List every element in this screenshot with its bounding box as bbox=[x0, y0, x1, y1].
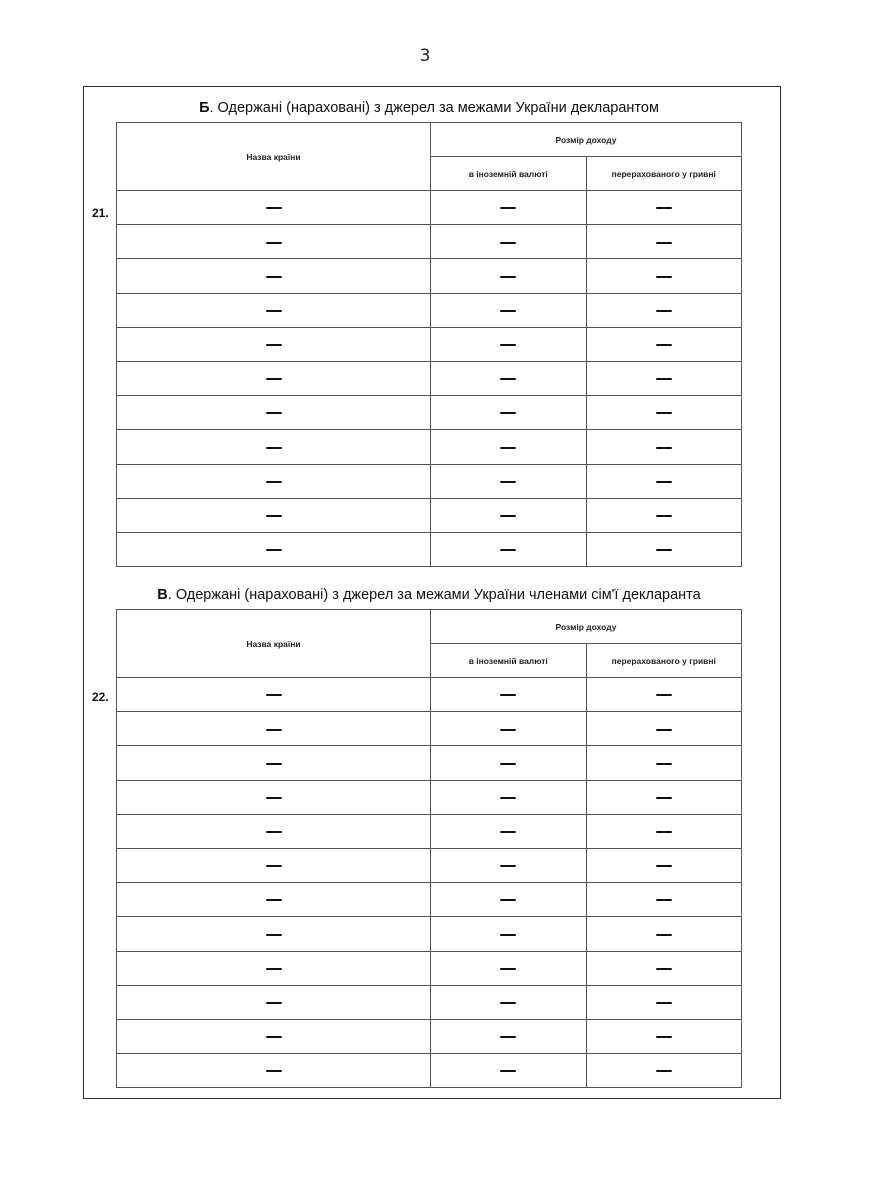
table-row bbox=[117, 225, 742, 259]
handwritten-dash bbox=[500, 1002, 516, 1004]
handwritten-dash bbox=[266, 242, 282, 244]
table-row bbox=[117, 746, 742, 780]
handwritten-dash bbox=[266, 378, 282, 380]
country-cell bbox=[117, 532, 431, 566]
handwritten-dash bbox=[656, 378, 672, 380]
converted-uah-cell bbox=[586, 498, 742, 532]
handwritten-dash bbox=[266, 763, 282, 765]
country-cell bbox=[117, 848, 431, 882]
country-cell bbox=[117, 293, 431, 327]
header-converted-uah: перерахованого у гривні bbox=[586, 157, 742, 191]
table-row bbox=[117, 361, 742, 395]
country-cell bbox=[117, 712, 431, 746]
converted-uah-cell bbox=[586, 361, 742, 395]
section-v-letter: В bbox=[157, 587, 167, 603]
row-number-21: 21. bbox=[92, 206, 109, 220]
table-row bbox=[117, 883, 742, 917]
section-v-title-text: . Одержані (нараховані) з джерел за межа… bbox=[168, 587, 701, 603]
handwritten-dash bbox=[266, 1036, 282, 1038]
header-foreign-currency: в іноземній валюті bbox=[431, 644, 587, 678]
handwritten-dash bbox=[266, 481, 282, 483]
foreign-currency-cell bbox=[431, 814, 587, 848]
handwritten-dash bbox=[656, 831, 672, 833]
country-cell bbox=[117, 780, 431, 814]
converted-uah-cell bbox=[586, 464, 742, 498]
foreign-currency-cell bbox=[431, 917, 587, 951]
header-country: Назва країни bbox=[117, 610, 431, 678]
foreign-currency-cell bbox=[431, 1019, 587, 1053]
handwritten-dash bbox=[266, 276, 282, 278]
table-row bbox=[117, 814, 742, 848]
foreign-currency-cell bbox=[431, 259, 587, 293]
handwritten-dash bbox=[656, 968, 672, 970]
handwritten-dash bbox=[266, 729, 282, 731]
country-cell bbox=[117, 746, 431, 780]
converted-uah-cell bbox=[586, 327, 742, 361]
header-country: Назва країни bbox=[117, 123, 431, 191]
foreign-currency-cell bbox=[431, 191, 587, 225]
foreign-currency-cell bbox=[431, 293, 587, 327]
country-cell bbox=[117, 678, 431, 712]
foreign-currency-cell bbox=[431, 951, 587, 985]
handwritten-dash bbox=[656, 207, 672, 209]
converted-uah-cell bbox=[586, 532, 742, 566]
table-row bbox=[117, 780, 742, 814]
country-cell bbox=[117, 191, 431, 225]
handwritten-dash bbox=[266, 934, 282, 936]
handwritten-dash bbox=[266, 1002, 282, 1004]
converted-uah-cell bbox=[586, 814, 742, 848]
country-cell bbox=[117, 814, 431, 848]
table-row bbox=[117, 848, 742, 882]
handwritten-dash bbox=[656, 549, 672, 551]
country-cell bbox=[117, 917, 431, 951]
table-row bbox=[117, 532, 742, 566]
table-row bbox=[117, 498, 742, 532]
foreign-currency-cell bbox=[431, 396, 587, 430]
handwritten-dash bbox=[656, 763, 672, 765]
country-cell bbox=[117, 361, 431, 395]
handwritten-dash bbox=[266, 549, 282, 551]
handwritten-dash bbox=[500, 344, 516, 346]
handwritten-dash bbox=[656, 242, 672, 244]
converted-uah-cell bbox=[586, 1054, 742, 1088]
header-income-size: Розмір доходу bbox=[431, 610, 742, 644]
table-row bbox=[117, 293, 742, 327]
foreign-currency-cell bbox=[431, 361, 587, 395]
handwritten-dash bbox=[656, 310, 672, 312]
converted-uah-cell bbox=[586, 396, 742, 430]
handwritten-dash bbox=[500, 934, 516, 936]
foreign-currency-cell bbox=[431, 1054, 587, 1088]
foreign-currency-cell bbox=[431, 848, 587, 882]
handwritten-dash bbox=[266, 447, 282, 449]
foreign-currency-cell bbox=[431, 327, 587, 361]
handwritten-dash bbox=[656, 899, 672, 901]
country-cell bbox=[117, 327, 431, 361]
converted-uah-cell bbox=[586, 917, 742, 951]
country-cell bbox=[117, 1019, 431, 1053]
handwritten-dash bbox=[500, 729, 516, 731]
converted-uah-cell bbox=[586, 951, 742, 985]
converted-uah-cell bbox=[586, 712, 742, 746]
header-converted-uah: перерахованого у гривні bbox=[586, 644, 742, 678]
foreign-currency-cell bbox=[431, 678, 587, 712]
country-cell bbox=[117, 396, 431, 430]
country-cell bbox=[117, 951, 431, 985]
converted-uah-cell bbox=[586, 848, 742, 882]
table-row bbox=[117, 1054, 742, 1088]
handwritten-dash bbox=[500, 797, 516, 799]
foreign-currency-cell bbox=[431, 746, 587, 780]
foreign-currency-cell bbox=[431, 780, 587, 814]
handwritten-dash bbox=[266, 865, 282, 867]
country-cell bbox=[117, 464, 431, 498]
country-cell bbox=[117, 985, 431, 1019]
handwritten-dash bbox=[500, 276, 516, 278]
handwritten-dash bbox=[656, 447, 672, 449]
table-row bbox=[117, 191, 742, 225]
section-b-title: Б. Одержані (нараховані) з джерел за меж… bbox=[116, 100, 742, 116]
section-v-title: В. Одержані (нараховані) з джерел за меж… bbox=[116, 587, 742, 603]
table-row bbox=[117, 985, 742, 1019]
table-row bbox=[117, 464, 742, 498]
handwritten-dash bbox=[656, 515, 672, 517]
handwritten-dash bbox=[266, 968, 282, 970]
country-cell bbox=[117, 259, 431, 293]
converted-uah-cell bbox=[586, 883, 742, 917]
handwritten-dash bbox=[656, 865, 672, 867]
handwritten-dash bbox=[656, 934, 672, 936]
country-cell bbox=[117, 498, 431, 532]
handwritten-dash bbox=[500, 1070, 516, 1072]
handwritten-dash bbox=[266, 310, 282, 312]
handwritten-dash bbox=[500, 378, 516, 380]
handwritten-dash bbox=[500, 763, 516, 765]
handwritten-dash bbox=[656, 1002, 672, 1004]
converted-uah-cell bbox=[586, 191, 742, 225]
handwritten-dash bbox=[500, 242, 516, 244]
converted-uah-cell bbox=[586, 293, 742, 327]
handwritten-dash bbox=[500, 549, 516, 551]
table-row bbox=[117, 712, 742, 746]
table-row bbox=[117, 1019, 742, 1053]
foreign-currency-cell bbox=[431, 498, 587, 532]
handwritten-dash bbox=[500, 412, 516, 414]
converted-uah-cell bbox=[586, 1019, 742, 1053]
section-b-title-text: . Одержані (нараховані) з джерел за межа… bbox=[210, 100, 659, 116]
handwritten-dash bbox=[656, 694, 672, 696]
header-income-size: Розмір доходу bbox=[431, 123, 742, 157]
table-row bbox=[117, 396, 742, 430]
handwritten-dash bbox=[656, 276, 672, 278]
foreign-currency-cell bbox=[431, 712, 587, 746]
section-b-letter: Б bbox=[199, 100, 209, 116]
handwritten-dash bbox=[656, 729, 672, 731]
country-cell bbox=[117, 430, 431, 464]
table-row bbox=[117, 917, 742, 951]
foreign-currency-cell bbox=[431, 532, 587, 566]
page-number: 3 bbox=[0, 46, 850, 66]
country-cell bbox=[117, 225, 431, 259]
handwritten-dash bbox=[500, 310, 516, 312]
handwritten-dash bbox=[500, 968, 516, 970]
handwritten-dash bbox=[656, 481, 672, 483]
handwritten-dash bbox=[266, 207, 282, 209]
handwritten-dash bbox=[656, 412, 672, 414]
country-cell bbox=[117, 883, 431, 917]
handwritten-dash bbox=[656, 1070, 672, 1072]
handwritten-dash bbox=[500, 1036, 516, 1038]
handwritten-dash bbox=[500, 515, 516, 517]
handwritten-dash bbox=[266, 797, 282, 799]
handwritten-dash bbox=[500, 447, 516, 449]
handwritten-dash bbox=[266, 831, 282, 833]
country-cell bbox=[117, 1054, 431, 1088]
converted-uah-cell bbox=[586, 225, 742, 259]
handwritten-dash bbox=[656, 797, 672, 799]
handwritten-dash bbox=[656, 1036, 672, 1038]
foreign-currency-cell bbox=[431, 430, 587, 464]
row-number-22: 22. bbox=[92, 690, 109, 704]
table-row bbox=[117, 951, 742, 985]
handwritten-dash bbox=[266, 899, 282, 901]
converted-uah-cell bbox=[586, 985, 742, 1019]
foreign-currency-cell bbox=[431, 883, 587, 917]
handwritten-dash bbox=[500, 899, 516, 901]
section-v-table: Назва країни Розмір доходу в іноземній в… bbox=[116, 609, 742, 1088]
foreign-currency-cell bbox=[431, 464, 587, 498]
handwritten-dash bbox=[500, 207, 516, 209]
section-b-table: Назва країни Розмір доходу в іноземній в… bbox=[116, 122, 742, 567]
foreign-currency-cell bbox=[431, 985, 587, 1019]
table-row bbox=[117, 430, 742, 464]
table-row bbox=[117, 259, 742, 293]
converted-uah-cell bbox=[586, 746, 742, 780]
handwritten-dash bbox=[266, 412, 282, 414]
handwritten-dash bbox=[266, 694, 282, 696]
converted-uah-cell bbox=[586, 780, 742, 814]
converted-uah-cell bbox=[586, 430, 742, 464]
handwritten-dash bbox=[266, 1070, 282, 1072]
handwritten-dash bbox=[266, 515, 282, 517]
table-row bbox=[117, 678, 742, 712]
handwritten-dash bbox=[656, 344, 672, 346]
converted-uah-cell bbox=[586, 678, 742, 712]
handwritten-dash bbox=[500, 831, 516, 833]
handwritten-dash bbox=[500, 694, 516, 696]
converted-uah-cell bbox=[586, 259, 742, 293]
foreign-currency-cell bbox=[431, 225, 587, 259]
handwritten-dash bbox=[266, 344, 282, 346]
handwritten-dash bbox=[500, 481, 516, 483]
header-foreign-currency: в іноземній валюті bbox=[431, 157, 587, 191]
table-row bbox=[117, 327, 742, 361]
handwritten-dash bbox=[500, 865, 516, 867]
